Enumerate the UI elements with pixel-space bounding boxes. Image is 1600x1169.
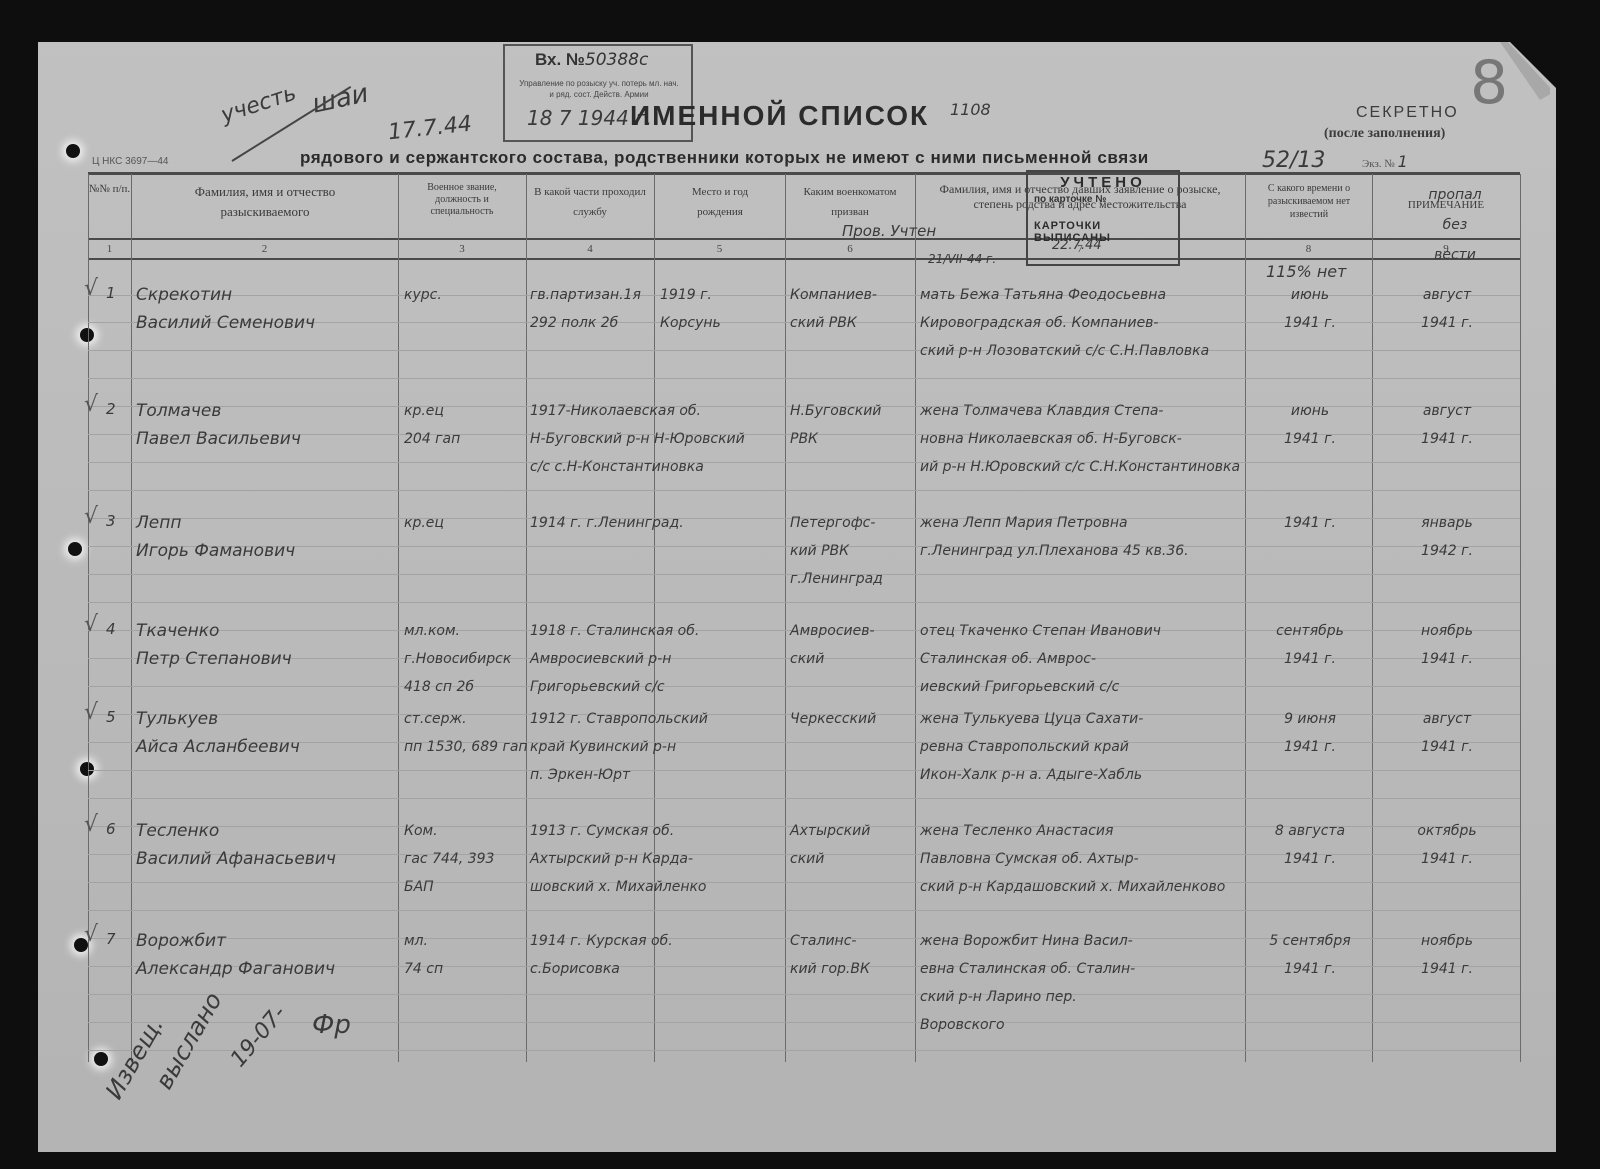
cell-unit: Амвросиевский р-н [530,646,671,672]
cell-name: Игорь Фаманович [136,538,295,564]
punch-hole [68,542,82,556]
row-number: 5 [106,708,116,726]
sheet-number: 8 [1470,48,1508,118]
cell-unit: с.Борисовка [530,956,620,982]
registered-stamp: УЧТЕНО по карточке № КАРТОЧКИ ВЫПИСАНЫ 2… [1026,170,1180,266]
cell-note: 1942 г. [1378,538,1516,564]
cell-rvk: Сталинс- [790,928,856,954]
cell-rank: БАП [404,874,434,900]
cell-relative: ский р-н Кардашовский х. Михайленково [920,874,1225,900]
secrecy-label: СЕКРЕТНО [1356,104,1459,122]
row-number: 2 [106,400,116,418]
cell-unit: 1913 г. Сумская об. [530,818,674,844]
cell-relative: Сталинская об. Амврос- [920,646,1096,672]
checkmark-icon: √ [84,700,98,725]
col-number: 8 [1245,243,1372,255]
cell-relative: ревна Ставропольский край [920,734,1129,760]
cell-relative: жена Тесленко Анастасия [920,818,1113,844]
cell-rvk: кий РВК [790,538,849,564]
cell-unit: 1914 г. г.Ленинград. [530,510,684,536]
cell-rvk: Амвросиев- [790,618,875,644]
cell-unit: Н-Буговский р-н Н-Юровский [530,426,745,452]
cell-no-news: 1941 г. [1250,426,1370,452]
stamp-text: Управление по розыску уч. потерь мл. нач… [519,78,679,100]
col-number: 1 [88,243,131,255]
cell-unit: край Кувинский р-н [530,734,676,760]
cell-relative: г.Ленинград ул.Плеханова 45 кв.36. [920,538,1189,564]
col-divider [398,174,399,1062]
cell-no-news: 1941 г. [1250,646,1370,672]
cell-note: январь [1378,510,1516,536]
cell-unit: шовский х. Михайленко [530,874,707,900]
cell-rvk: Петергофс- [790,510,875,536]
cell-relative: Воровского [920,1012,1005,1038]
row-number: 7 [106,930,116,948]
col-number: 4 [526,243,654,255]
cell-rank: г.Новосибирск [404,646,511,672]
row-number: 6 [106,820,116,838]
cell-rank: мл.ком. [404,618,460,644]
cell-rank: 204 гап [404,426,460,452]
col-header-8: С какого времени о разыскиваемом нет изв… [1250,182,1368,221]
cell-rank: ст.серж. [404,706,467,732]
cell-rvk: ский [790,846,824,872]
cell-no-news: 5 сентября [1250,928,1370,954]
cell-no-news: июнь [1250,398,1370,424]
cell-relative: мать Бежа Татьяна Феодосьевна [920,282,1166,308]
cell-unit: 1917-Николаевская об. [530,398,701,424]
checkmark-icon: √ [84,922,98,947]
cell-unit: 1912 г. Ставропольский [530,706,708,732]
cell-unit: п. Эркен-Юрт [530,762,630,788]
punch-hole [94,1052,108,1066]
cell-note: ноябрь [1378,618,1516,644]
cell-rvk: ский [790,646,824,672]
cell-rank: мл. [404,928,428,954]
cell-note: октябрь [1378,818,1516,844]
cell-note: август [1378,398,1516,424]
cell-no-news: 1941 г. [1250,310,1370,336]
cell-relative: Павловна Сумская об. Ахтыр- [920,846,1139,872]
verified-note: Пров. Учтен [842,222,936,240]
cell-name: Василий Афанасьевич [136,846,336,872]
cell-name: Айса Асланбеевич [136,734,300,760]
bottom-signature: Фр [312,1010,351,1040]
cell-note: 1941 г. [1378,426,1516,452]
cell-rank: пп 1530, 689 гап [404,734,528,760]
col-header-2: Фамилия, имя и отчество разыскиваемого [160,182,370,222]
cell-no-news: 1941 г. [1250,846,1370,872]
page-title: ИМЕННОЙ СПИСОК [630,100,929,132]
col-divider [915,174,916,1062]
verified-date: 21/VII-44 г. [928,252,996,266]
col-divider [1520,174,1521,1062]
cell-no-news: 1941 г. [1250,734,1370,760]
cell-rank: кр.ец [404,398,444,424]
form-code: Ц НКС 3697—44 [92,156,168,167]
row-number: 1 [106,284,116,302]
cell-name: Толмачев [136,398,221,424]
col-number: 6 [785,243,915,255]
punch-hole [66,144,80,158]
cell-name: Тулькуев [136,706,218,732]
col8-note: 115% нет [1266,262,1346,281]
cell-unit: 292 полк 2б [530,310,618,336]
cell-name: Скрекотин [136,282,232,308]
cell-name: Ворожбит [136,928,226,954]
cell-rvk: Черкесский [790,706,876,732]
cell-relative: отец Ткаченко Степан Иванович [920,618,1161,644]
col-header-5: Место и год рождения [670,182,770,222]
cell-rvk: кий гор.ВК [790,956,870,982]
table-top-rule [88,172,1520,175]
cell-birth: Корсунь [660,310,721,336]
cell-relative: жена Ворожбит Нина Васил- [920,928,1133,954]
col-header-3: Военное звание, должность и специальност… [404,182,520,218]
cell-rank: 418 сп 2б [404,674,474,700]
stamp-label: Вх. № [535,50,585,69]
cell-name: Тесленко [136,818,219,844]
cell-note: август [1378,706,1516,732]
cell-rank: кр.ец [404,510,444,536]
cell-note: 1941 г. [1378,310,1516,336]
col-number: 5 [654,243,785,255]
cell-relative: иевский Григорьевский с/с [920,674,1119,700]
cell-no-news: 9 июня [1250,706,1370,732]
cell-note: 1941 г. [1378,734,1516,760]
col-divider [526,174,527,1062]
cell-rvk: г.Ленинград [790,566,883,592]
stamp-title: УЧТЕНО [1028,174,1178,191]
cell-unit: Григорьевский с/с [530,674,665,700]
cell-relative: евна Сталинская об. Сталин- [920,956,1135,982]
cell-no-news: 1941 г. [1250,510,1370,536]
col-header-6: Каким военкоматом призван [792,182,908,222]
cell-rvk: ский РВК [790,310,857,336]
cell-rank: курс. [404,282,442,308]
cell-relative: новна Николаевская об. Н-Буговск- [920,426,1182,452]
cell-unit: гв.партизан.1я [530,282,641,308]
cell-relative: жена Тулькуева Цуца Сахати- [920,706,1143,732]
cell-no-news: 1941 г. [1250,956,1370,982]
cell-name: Петр Степанович [136,646,292,672]
cell-unit: Ахтырский р-н Карда- [530,846,693,872]
cell-name: Александр Фаганович [136,956,335,982]
cell-rank: Ком. [404,818,438,844]
cell-note: 1941 г. [1378,846,1516,872]
cell-no-news: сентябрь [1250,618,1370,644]
col-header-1: №№ п/п. [88,182,131,197]
cell-note: 1941 г. [1378,646,1516,672]
checkmark-icon: √ [84,392,98,417]
col-divider [1372,174,1373,1062]
cell-note: ноябрь [1378,928,1516,954]
col-number: 3 [398,243,526,255]
col-header-4: В какой части проходил службу [532,182,648,222]
punch-hole [80,328,94,342]
cell-birth: 1919 г. [660,282,712,308]
margin-number: 52/13 [1262,148,1325,173]
checkmark-icon: √ [84,612,98,637]
col-divider [131,174,132,1062]
stamp-card-label: по карточке № [1034,194,1106,205]
secrecy-note: (после заполнения) [1324,126,1445,142]
col-divider [1245,174,1246,1062]
cell-no-news: 8 августа [1250,818,1370,844]
cell-name: Василий Семенович [136,310,315,336]
cell-rank: гас 744, 393 [404,846,494,872]
cell-relative: ский р-н Ларино пер. [920,984,1077,1010]
cell-relative: жена Толмачева Клавдия Степа- [920,398,1163,424]
header-rule [88,238,1520,240]
cell-rvk: Н.Буговский [790,398,881,424]
cell-no-news: июнь [1250,282,1370,308]
copy-number-label: Экз. № 1 [1362,152,1408,171]
cell-relative: Икон-Халк р-н а. Адыге-Хабль [920,762,1142,788]
cell-relative: Кировоградская об. Компаниев- [920,310,1158,336]
col9-note: пропал без вести [1420,180,1490,270]
col-divider [785,174,786,1062]
cell-rvk: РВК [790,426,818,452]
cell-note: 1941 г. [1378,956,1516,982]
cell-note: август [1378,282,1516,308]
cell-name: Ткаченко [136,618,219,644]
page-subtitle: рядового и сержантского состава, родстве… [300,148,1149,168]
cell-relative: ский р-н Лозоватский с/с С.Н.Павловка [920,338,1209,364]
cell-rvk: Ахтырский [790,818,870,844]
cell-relative: ий р-н Н.Юровский с/с С.Н.Константиновка [920,454,1240,480]
row-number: 4 [106,620,116,638]
cell-name: Павел Васильевич [136,426,301,452]
row-number: 3 [106,512,116,530]
checkmark-icon: √ [84,276,98,301]
checkmark-icon: √ [84,812,98,837]
stamp-number: 50388с [585,50,648,70]
cell-relative: жена Лепп Мария Петровна [920,510,1128,536]
colnum-rule [88,258,1520,260]
cell-name: Лепп [136,510,181,536]
cell-rank: 74 сп [404,956,443,982]
cell-unit: с/с с.Н-Константиновка [530,454,704,480]
cell-unit: 1918 г. Сталинская об. [530,618,699,644]
cell-rvk: Компаниев- [790,282,877,308]
title-number: 1108 [950,100,991,119]
col-number: 2 [131,243,398,255]
checkmark-icon: √ [84,504,98,529]
cell-unit: 1914 г. Курская об. [530,928,673,954]
stamp-date: 22.7.44 [1052,238,1102,253]
punch-hole [80,762,94,776]
